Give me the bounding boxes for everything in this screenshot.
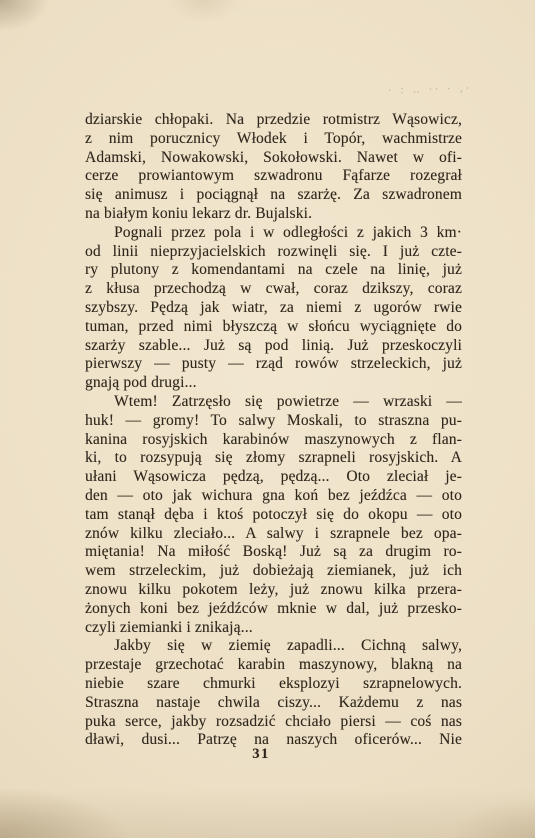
paragraph: Jakby się w ziemię zapadli... Cichną sal… — [85, 637, 462, 750]
page-number: 31 — [85, 746, 437, 763]
text-line: cerze prowiantowym szwadronu Fąfarze roz… — [85, 167, 462, 186]
text-line: miętania! Na miłość Boską! Już są za dru… — [85, 543, 462, 562]
paragraph: dziarskie chłopaki. Na przedzie rotmistr… — [85, 111, 462, 224]
text-line: huk! — gromy! To salwy Moskali, to stras… — [85, 412, 462, 431]
text-line: znowu kilku pokotem leży, już znowu kilk… — [85, 581, 462, 600]
text-line: puka serce, jakby rozsadzić chciało pier… — [85, 713, 462, 732]
text-line: szybszy. Pędzą jak wiatr, za niemi z ugo… — [85, 299, 462, 318]
text-line: Pognali przez pola i w odległości z jaki… — [85, 224, 462, 243]
text-line: Jakby się w ziemię zapadli... Cichną sal… — [85, 637, 462, 656]
text-line: pierwszy — pusty — rząd rowów strzelecki… — [85, 355, 462, 374]
text-line: z kłusa przechodzą w cwał, coraz dzikszy… — [85, 280, 462, 299]
text-line: den — oto jak wichura gna koń bez jeźdźc… — [85, 487, 462, 506]
paragraph: Wtem! Zatrzęsło się powietrze — wrzaski … — [85, 393, 462, 637]
text-line: czyli ziemianki i znikają... — [85, 619, 462, 638]
text-line: żonych koni bez jeźdźców mknie w dal, ju… — [85, 600, 462, 619]
text-line: wem strzeleckim, już dobieżają ziemianek… — [85, 562, 462, 581]
text-line: tuman, przed nimi błyszczą w słońcu wyci… — [85, 318, 462, 337]
text-line: tam stanął dęba i ktoś potoczył się do o… — [85, 506, 462, 525]
faint-pencil-marks: · : ‥ ·· · ,· — [388, 82, 508, 96]
body-text: dziarskie chłopaki. Na przedzie rotmistr… — [85, 111, 462, 750]
text-line: dziarskie chłopaki. Na przedzie rotmistr… — [85, 111, 462, 130]
scanned-book-page: · : ‥ ·· · ,· dziarskie chłopaki. Na prz… — [0, 0, 535, 838]
text-line: Straszna nastaje chwila ciszy... Każdemu… — [85, 694, 462, 713]
text-line: ry plutony z komendantami na czele na li… — [85, 261, 462, 280]
text-line: od linii nieprzyjacielskich rozwinęli si… — [85, 243, 462, 262]
text-line: szarży szable... Już są pod linią. Już p… — [85, 337, 462, 356]
text-line: gnają pod drugi... — [85, 374, 462, 393]
text-line: przestaje grzechotać karabin maszynowy, … — [85, 656, 462, 675]
text-line: niebie szare chmurki eksplozyi szrapnelo… — [85, 675, 462, 694]
text-line: ułani Wąsowicza pędzą, pędzą... Oto zlec… — [85, 468, 462, 487]
text-line: na białym koniu lekarz dr. Bujalski. — [85, 205, 462, 224]
text-line: kanina rosyjskich karabinów maszynowych … — [85, 431, 462, 450]
text-line: z nim porucznicy Włodek i Topór, wachmis… — [85, 130, 462, 149]
text-line: się animusz i pociągnął na szarżę. Za sz… — [85, 186, 462, 205]
text-line: ki, to rozsypują się złomy szrapneli ros… — [85, 449, 462, 468]
text-line: Adamski, Nowakowski, Sokołowski. Nawet w… — [85, 149, 462, 168]
paragraph: Pognali przez pola i w odległości z jaki… — [85, 224, 462, 393]
text-line: Wtem! Zatrzęsło się powietrze — wrzaski … — [85, 393, 462, 412]
text-line: znów kilku zleciało... A salwy i szrapne… — [85, 525, 462, 544]
